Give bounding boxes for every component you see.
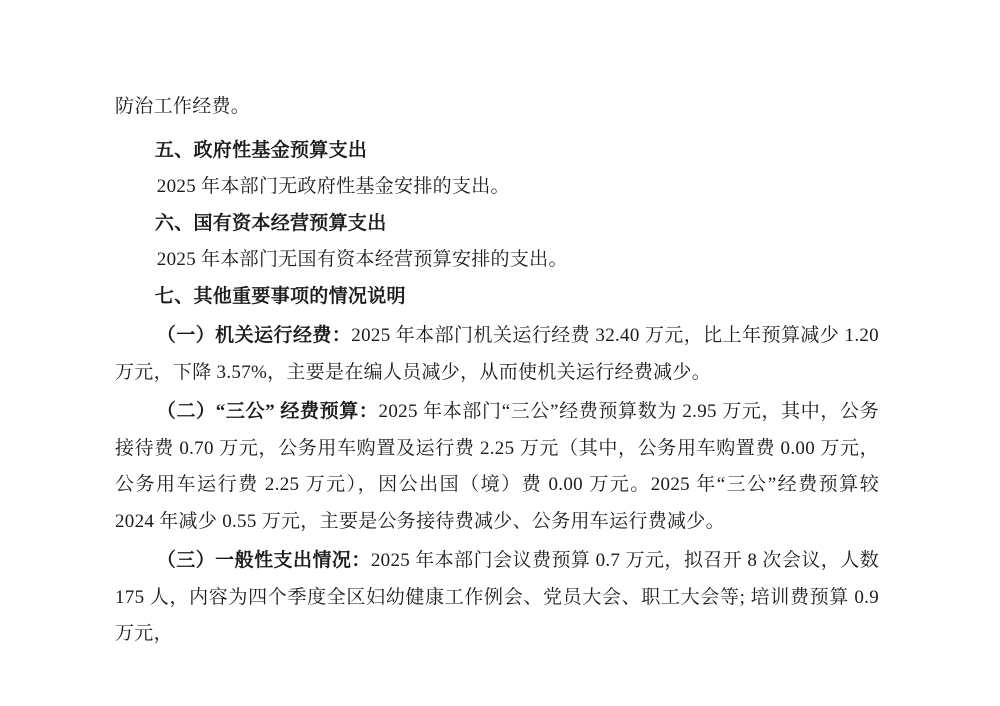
- item-three-label: （三）一般性支出情况：: [157, 550, 371, 571]
- section-six-body: 2025 年本部门无国有资本经营预算安排的支出。: [115, 242, 879, 279]
- item-one-paragraph: （一）机关运行经费：2025 年本部门机关运行经费 32.40 万元，比上年预算…: [115, 318, 879, 391]
- paragraph-continuation: 防治工作经费。: [115, 89, 879, 126]
- section-heading-five: 五、政府性基金预算支出: [115, 133, 879, 170]
- item-two-label: （二）“三公” 经费预算：: [157, 401, 379, 422]
- section-heading-six: 六、国有资本经营预算支出: [115, 206, 879, 243]
- section-heading-seven: 七、其他重要事项的情况说明: [115, 279, 879, 316]
- section-five-body: 2025 年本部门无政府性基金安排的支出。: [115, 169, 879, 206]
- document-page: 防治工作经费。 五、政府性基金预算支出 2025 年本部门无政府性基金安排的支出…: [0, 0, 1000, 706]
- item-one-label: （一）机关运行经费：: [157, 325, 352, 346]
- item-two-paragraph: （二）“三公” 经费预算：2025 年本部门“三公”经费预算数为 2.95 万元…: [115, 394, 879, 540]
- item-three-paragraph: （三）一般性支出情况：2025 年本部门会议费预算 0.7 万元，拟召开 8 次…: [115, 543, 879, 653]
